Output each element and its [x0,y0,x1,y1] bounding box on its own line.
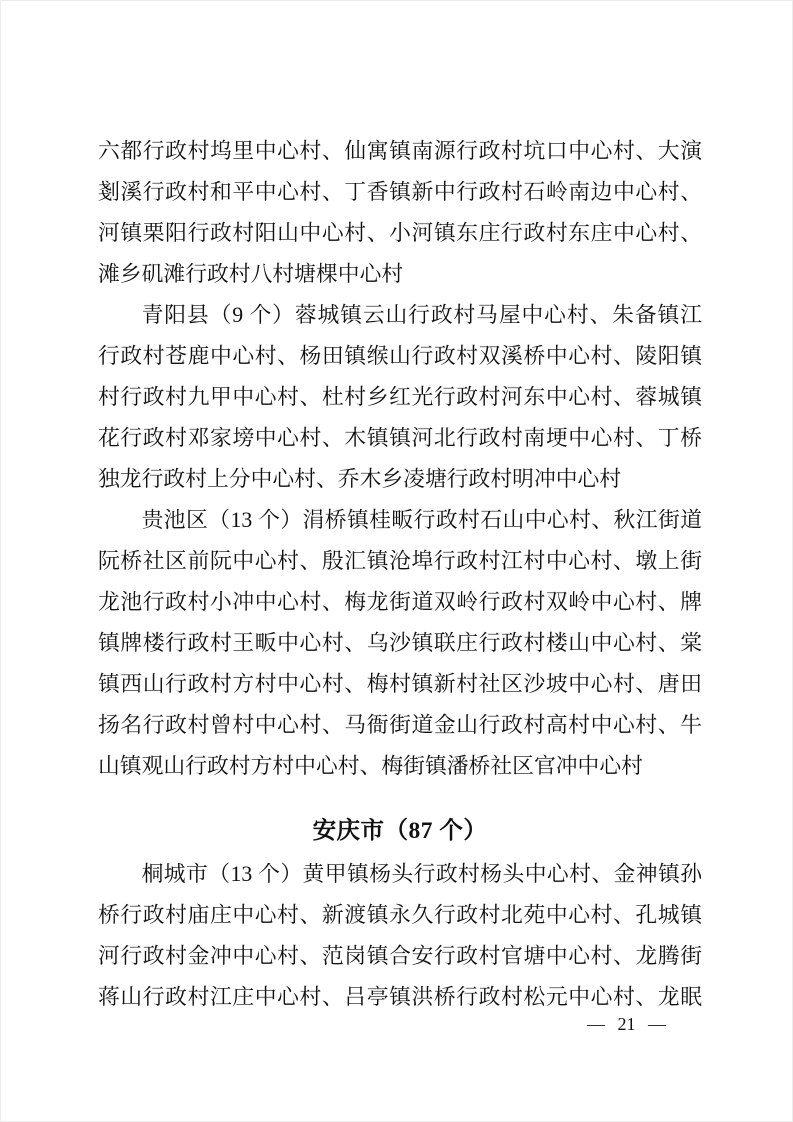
paragraph-tongcheng-city: 桐城市（13 个）黄甲镇杨头行政村杨头中心村、金神镇孙 桥行政村庙庄中心村、新渡… [98,854,702,1018]
text-line: 镇牌楼行政村王畈中心村、乌沙镇联庄行政村楼山中心村、棠溪 [98,623,702,664]
text-line: 村行政村九甲中心村、杜村乡红光行政村河东中心村、蓉城镇百 [98,377,702,418]
text-line: 滩乡矶滩行政村八村塘棵中心村 [98,254,702,295]
paragraph-guichi-district: 贵池区（13 个）涓桥镇桂畈行政村石山中心村、秋江街道 阮桥社区前阮中心村、殷汇… [98,500,702,787]
document-page: 六都行政村坞里中心村、仙寓镇南源行政村坑口中心村、大演乡 剗溪行政村和平中心村、… [0,0,793,1122]
text-line: 河镇栗阳行政村阳山中心村、小河镇东庄行政村东庄中心村、矶 [98,213,702,254]
text-line: 六都行政村坞里中心村、仙寓镇南源行政村坑口中心村、大演乡 [98,131,702,172]
text-line: 花行政村邓家塝中心村、木镇镇河北行政村南埂中心村、丁桥镇 [98,418,702,459]
paragraph-qingyang-county: 青阳县（9 个）蓉城镇云山行政村马屋中心村、朱备镇江村 行政村苍鹿中心村、杨田镇… [98,295,702,500]
text-line: 镇西山行政村方村中心村、梅村镇新村社区沙坡中心村、唐田镇 [98,664,702,705]
text-line: 阮桥社区前阮中心村、殷汇镇沧埠行政村江村中心村、墩上街道 [98,541,702,582]
text-line: 龙池行政村小冲中心村、梅龙街道双岭行政村双岭中心村、牌楼 [98,582,702,623]
text-line: 独龙行政村上分中心村、乔木乡凌塘行政村明冲中心村 [98,459,702,500]
section-heading-anqing-city: 安庆市（87 个） [98,811,702,852]
page-number: — 21 — [587,1011,666,1037]
text-line: 行政村苍鹿中心村、杨田镇缑山行政村双溪桥中心村、陵阳镇所 [98,336,702,377]
text-line: 河行政村金冲中心村、范岗镇合安行政村官塘中心村、龙腾街道 [98,936,702,977]
document-body: 六都行政村坞里中心村、仙寓镇南源行政村坑口中心村、大演乡 剗溪行政村和平中心村、… [98,131,702,1018]
text-line: 剗溪行政村和平中心村、丁香镇新中行政村石岭南边中心村、小 [98,172,702,213]
text-line: 青阳县（9 个）蓉城镇云山行政村马屋中心村、朱备镇江村 [98,295,702,336]
text-line: 桐城市（13 个）黄甲镇杨头行政村杨头中心村、金神镇孙 [98,854,702,895]
text-line: 扬名行政村曾村中心村、马衙街道金山行政村高村中心村、牛头 [98,705,702,746]
paragraph-shitai-continuation: 六都行政村坞里中心村、仙寓镇南源行政村坑口中心村、大演乡 剗溪行政村和平中心村、… [98,131,702,295]
text-line: 桥行政村庙庄中心村、新渡镇永久行政村北苑中心村、孔城镇双 [98,895,702,936]
text-line: 山镇观山行政村方村中心村、梅街镇潘桥社区官冲中心村 [98,746,702,787]
text-line: 贵池区（13 个）涓桥镇桂畈行政村石山中心村、秋江街道 [98,500,702,541]
